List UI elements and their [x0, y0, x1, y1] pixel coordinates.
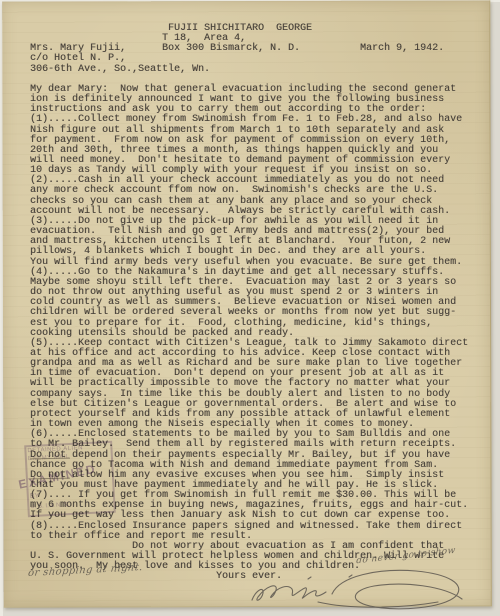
signature-scribble	[248, 566, 480, 614]
typed-letter-text: FUJII SHICHITARO GEORGE T 18, Area 4,Mrs…	[0, 0, 500, 583]
typed-line: children will be ordered several weeks o…	[30, 308, 500, 318]
typed-line: 306-6th Ave., So.,Seattle, Wn.	[30, 65, 500, 75]
